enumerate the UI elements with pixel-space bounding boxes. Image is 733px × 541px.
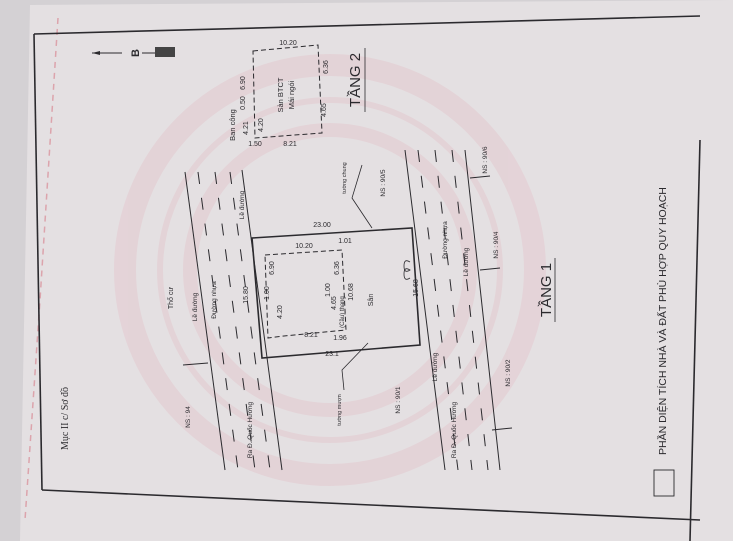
f2-dim-left: 4.20	[258, 118, 265, 132]
road-right-boundary: Ra Đ. Quốc Hương	[449, 401, 458, 458]
north-label: B	[130, 49, 142, 57]
f2-roof-label: Mái ngói	[287, 80, 296, 109]
section-label: Mục II c/ Sơ đồ	[60, 387, 71, 450]
f2-balcony-dim-a: 4.21	[243, 121, 250, 135]
dim-lot-right: 15.68	[413, 279, 420, 297]
f2-dim-right-a: 6.36	[323, 60, 330, 74]
dim-house-left: 4.20	[277, 305, 284, 319]
neighbor-ns-90-1: NS : 90/1	[395, 386, 402, 413]
neighbor-ns-90-5: NS : 90/5	[380, 169, 387, 196]
road-right-sidewalk-b: Lề đường	[430, 352, 439, 381]
dim-lot-top: 23.00	[313, 222, 331, 229]
dim-house-left-small: 1.00	[264, 286, 271, 300]
neighbor-ns-90-6: NS : 90/6	[482, 146, 489, 173]
stair-label: (Cầu) thang	[340, 296, 346, 328]
road-right-sidewalk-a: Lề đường	[461, 247, 470, 276]
dim-house-inner-a: 1.00	[325, 283, 332, 297]
f2-dim-right-b: 4.65	[321, 103, 328, 117]
f2-balcony-dim-d: 1.50	[248, 141, 262, 148]
neighbor-ns-94: NS : 94	[185, 406, 192, 428]
f2-balcony-label: Ban công	[228, 109, 237, 141]
road-right-surface: Đường nhựa	[442, 221, 449, 259]
floor1-title: TẦNG 1	[538, 263, 555, 317]
yard-label: Sân	[368, 294, 375, 307]
land-use-label: Thổ cư	[167, 287, 175, 310]
borrowed-wall-label: tường mượn	[337, 394, 343, 425]
f2-balcony-dim-c: 6.90	[240, 76, 247, 90]
dim-house-right-b: 4.65	[331, 296, 338, 310]
f2-balcony-dim-b: 0.50	[240, 96, 247, 110]
neighbor-ns-90-4: NS : 90/4	[493, 231, 500, 258]
dim-house-bottom: 8.21	[304, 332, 318, 339]
road-left-boundary: Ra Đ. Quốc Hương	[245, 401, 254, 458]
dim-house-inner-c: 10.68	[348, 283, 355, 301]
shared-wall-label: tường chung	[342, 162, 348, 193]
f2-dim-top: 10.20	[279, 40, 297, 47]
land-certificate-page: B Mục II c/ Sơ đồ 23.00 23.1 15.80 15.68	[0, 0, 733, 541]
f2-dim-bottom: 8.21	[283, 141, 297, 148]
dim-house-top: 10.20	[295, 243, 313, 250]
floor2-title: TẦNG 2	[347, 53, 364, 107]
road-left-sidewalk-a: Lề đường	[190, 292, 199, 321]
dim-lot-left: 15.80	[243, 286, 250, 304]
dim-lot-bottom: 23.1	[325, 351, 339, 358]
dim-house-corner: 1.01	[338, 238, 352, 245]
footer-title: PHẦN DIỆN TÍCH NHÀ VÀ ĐẤT PHÙ HỢP QUY HO…	[656, 187, 669, 455]
dim-house-left-outer: 6.90	[269, 261, 276, 275]
road-left-surface: Đường nhựa	[211, 281, 218, 319]
dim-house-right-a: 6.36	[334, 261, 341, 275]
dim-house-inner-b: 1.96	[333, 335, 347, 342]
f2-floor-label: Sàn BTCT	[276, 77, 285, 112]
neighbor-ns-90-2: NS : 90/2	[505, 359, 512, 386]
road-left-sidewalk-b: Lề đường	[237, 190, 246, 219]
